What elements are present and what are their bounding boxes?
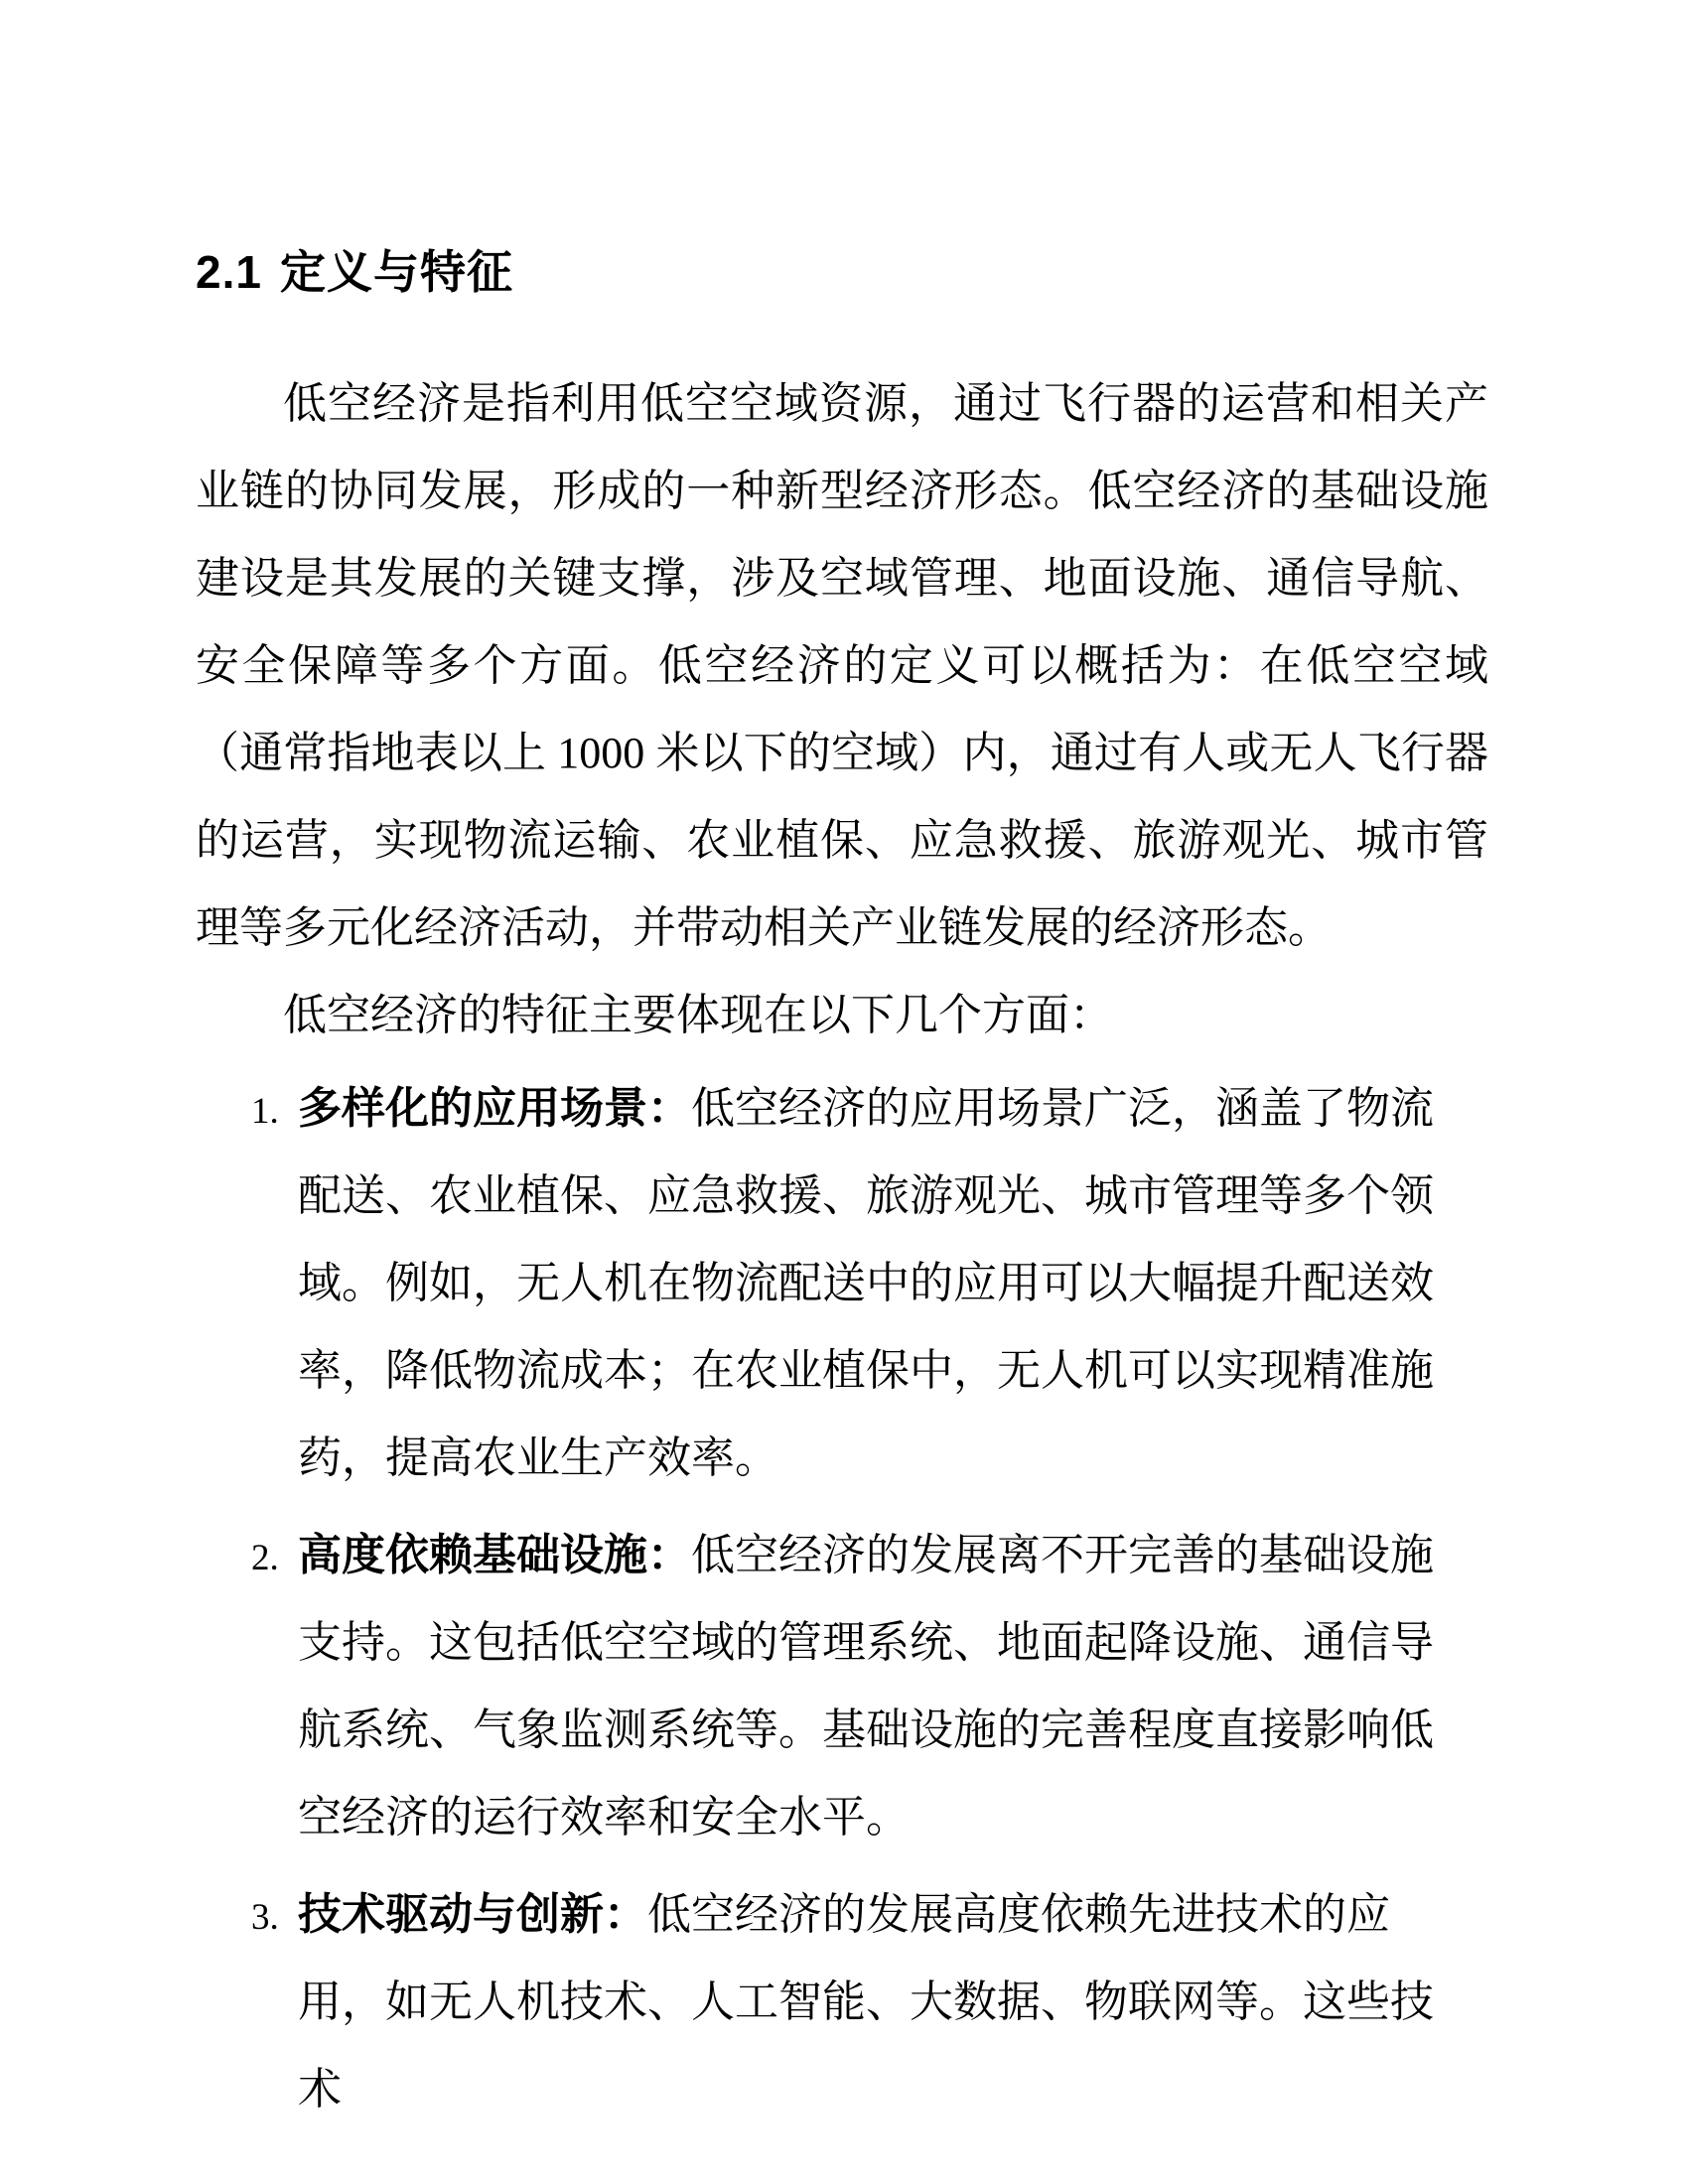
- list-item-body: 低空经济的应用场景广泛，涵盖了物流配送、农业植保、应急救援、旅游观光、城市管理等…: [298, 1084, 1434, 1482]
- list-item-title: 技术驱动与创新：: [298, 1890, 647, 1939]
- list-item-text: 多样化的应用场景：低空经济的应用场景广泛，涵盖了物流配送、农业植保、应急救援、旅…: [298, 1065, 1460, 1502]
- list-item-title: 高度依赖基础设施：: [298, 1531, 691, 1579]
- list-item-number: 2.: [251, 1515, 279, 1602]
- feature-list: 1. 多样化的应用场景：低空经济的应用场景广泛，涵盖了物流配送、农业植保、应急救…: [196, 1065, 1488, 2133]
- section-heading: 2.1定义与特征: [196, 241, 1488, 303]
- list-item-text: 高度依赖基础设施：低空经济的发展离不开完善的基础设施支持。这包括低空空域的管理系…: [298, 1512, 1460, 1861]
- section-title: 定义与特征: [280, 246, 513, 298]
- paragraph-definition: 低空经济是指利用低空空域资源，通过飞行器的运营和相关产业链的协同发展，形成的一种…: [196, 360, 1488, 972]
- paragraph-features-intro: 低空经济的特征主要体现在以下几个方面：: [196, 972, 1488, 1059]
- list-item-number: 3.: [251, 1874, 279, 1962]
- section-number: 2.1: [196, 246, 262, 298]
- document-page: 2.1定义与特征 低空经济是指利用低空空域资源，通过飞行器的运营和相关产业链的协…: [0, 0, 1688, 2184]
- list-item: 1. 多样化的应用场景：低空经济的应用场景广泛，涵盖了物流配送、农业植保、应急救…: [196, 1065, 1488, 1502]
- document-content: 2.1定义与特征 低空经济是指利用低空空域资源，通过飞行器的运营和相关产业链的协…: [196, 241, 1488, 2143]
- list-item-text: 技术驱动与创新：低空经济的发展高度依赖先进技术的应用，如无人机技术、人工智能、大…: [298, 1871, 1460, 2133]
- list-item: 2. 高度依赖基础设施：低空经济的发展离不开完善的基础设施支持。这包括低空空域的…: [196, 1512, 1488, 1861]
- list-item-title: 多样化的应用场景：: [298, 1084, 691, 1133]
- list-item: 3. 技术驱动与创新：低空经济的发展高度依赖先进技术的应用，如无人机技术、人工智…: [196, 1871, 1488, 2133]
- list-item-number: 1.: [251, 1068, 279, 1156]
